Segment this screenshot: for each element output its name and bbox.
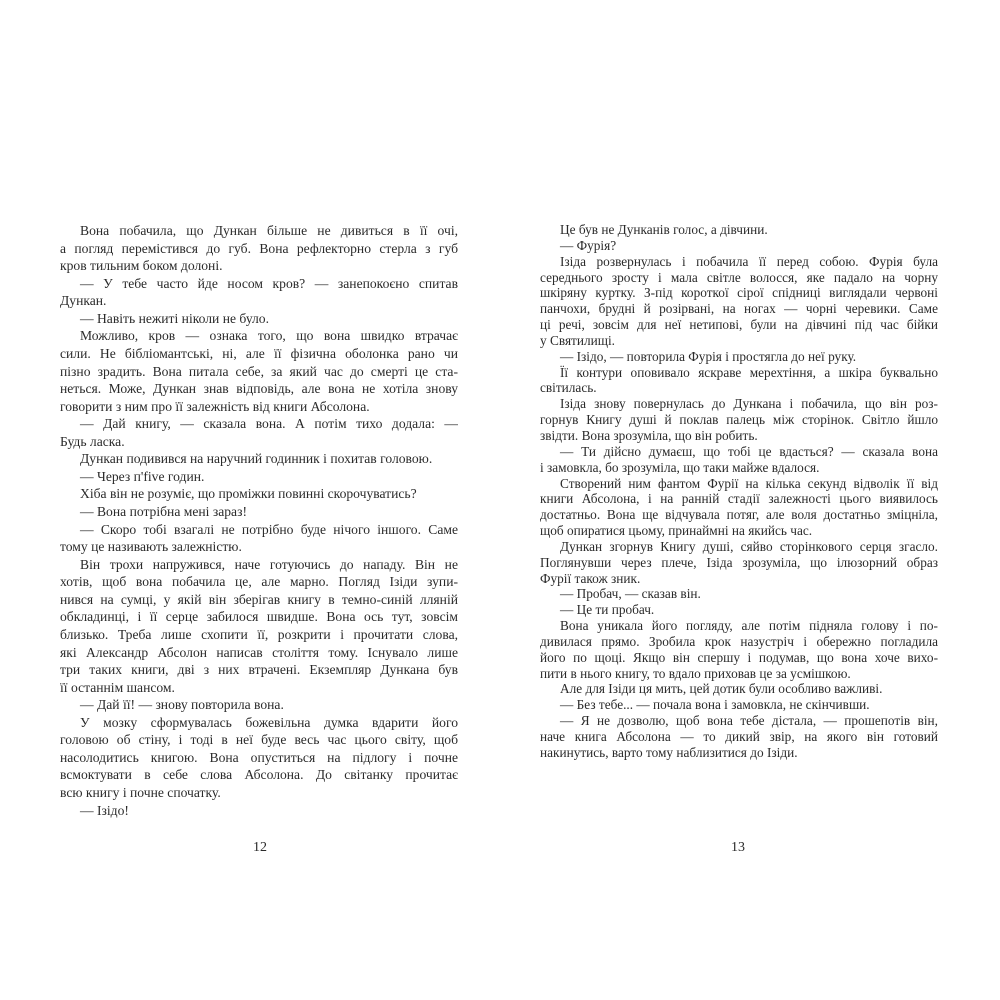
text-line: накинутись, варто тому наблизитися до Із… bbox=[540, 745, 938, 761]
right-page: Це був не Дунканів голос, а дівчини.— Фу… bbox=[500, 0, 1000, 1000]
text-line: — Навіть нежиті ніколи не було. bbox=[60, 310, 458, 328]
text-line: Вона уникала його погляду, але потім під… bbox=[540, 618, 938, 634]
text-line: близько. Треба лише схопити її, розкрити… bbox=[60, 626, 458, 644]
text-line: Ізіда знову повернулась до Дункана і поб… bbox=[540, 396, 938, 412]
text-line: Дункан подивився на наручний годинник і … bbox=[60, 450, 458, 468]
text-line: — Це ти пробач. bbox=[540, 602, 938, 618]
text-line: і замовкла, бо зрозуміла, що таки майже … bbox=[540, 460, 938, 476]
text-line: сили. Не бібліомантські, ні, але її фізи… bbox=[60, 345, 458, 363]
text-line: — Дай її! — знову повторила вона. bbox=[60, 696, 458, 714]
text-line: горнув Книгу душі й поклав палець між ст… bbox=[540, 412, 938, 428]
text-line: а погляд перемістився до губ. Вона рефле… bbox=[60, 240, 458, 258]
text-line: — Ізідо! bbox=[60, 802, 458, 820]
text-line: обкладинці, і її серце забилося швидше. … bbox=[60, 608, 458, 626]
text-line: Дункан згорнув Книгу душі, сяйво сторінк… bbox=[540, 539, 938, 555]
text-line: Поглянувши через плече, Ізіда зрозуміла,… bbox=[540, 555, 938, 571]
text-line: Це був не Дунканів голос, а дівчини. bbox=[540, 222, 938, 238]
text-line: Хіба він не розуміє, що проміжки повинні… bbox=[60, 485, 458, 503]
text-line: — Пробач, — сказав він. bbox=[540, 586, 938, 602]
text-line: Створений ним фантом Фурії на кілька сек… bbox=[540, 476, 938, 492]
text-line: Він трохи напружився, наче готуючись до … bbox=[60, 556, 458, 574]
right-page-text: Це був не Дунканів голос, а дівчини.— Фу… bbox=[540, 222, 938, 761]
text-line: всю книгу і почне спочатку. bbox=[60, 784, 458, 802]
text-line: достатньо. Вона ще відчувала потяг, але … bbox=[540, 507, 938, 523]
text-line: — Вона потрібна мені зараз! bbox=[60, 503, 458, 521]
text-line: тому це називають залежністю. bbox=[60, 538, 458, 556]
text-line: — Без тебе... — почала вона і замовкла, … bbox=[540, 697, 938, 713]
text-line: — Я не дозволю, щоб вона тебе дістала, —… bbox=[540, 713, 938, 729]
text-line: — Дай книгу, — сказала вона. А потім тих… bbox=[60, 415, 458, 433]
left-page: Вона побачила, що Дункан більше не дивит… bbox=[0, 0, 500, 1000]
text-line: Будь ласка. bbox=[60, 433, 458, 451]
text-line: неться. Може, Дункан знав відповідь, але… bbox=[60, 380, 458, 398]
text-line: — У тебе часто йде носом кров? — занепок… bbox=[60, 275, 458, 293]
text-line: Дункан. bbox=[60, 292, 458, 310]
text-line: насолодитись книгою. Вона опуститься на … bbox=[60, 749, 458, 767]
text-line: середнього зросту і мала світле волосся,… bbox=[540, 270, 938, 286]
text-line: книги Абсолона, і на ранній стадії залеж… bbox=[540, 491, 938, 507]
book-spread: Вона побачила, що Дункан більше не дивит… bbox=[0, 0, 1000, 1000]
text-line: наче книга Абсолона — то дикий звір, на … bbox=[540, 729, 938, 745]
text-line: пізно зрадить. Вона питала себе, за який… bbox=[60, 363, 458, 381]
text-line: — Фурія? bbox=[540, 238, 938, 254]
text-line: ці речі, зовсім для неї нетипові, були н… bbox=[540, 317, 938, 333]
text-line: три таких книги, дві з них втрачені. Екз… bbox=[60, 661, 458, 679]
page-number-left: 12 bbox=[240, 840, 280, 856]
text-line: хотів, щоб вона побачила це, але марно. … bbox=[60, 573, 458, 591]
text-line: нився на сумці, у якій він зберігав книг… bbox=[60, 591, 458, 609]
left-page-text: Вона побачила, що Дункан більше не дивит… bbox=[60, 222, 458, 819]
text-line: у Святилищі. bbox=[540, 333, 938, 349]
text-line: Можливо, кров — ознака того, що вона шви… bbox=[60, 327, 458, 345]
text-line: його по щоці. Якщо він спершу і подумав,… bbox=[540, 650, 938, 666]
text-line: дивилася прямо. Зробила крок назустріч і… bbox=[540, 634, 938, 650]
text-line: шкіряну куртку. З-під короткої сірої спі… bbox=[540, 285, 938, 301]
text-line: говорити з ним про її залежність від кни… bbox=[60, 398, 458, 416]
text-line: які Александр Абсолон написав століття т… bbox=[60, 644, 458, 662]
text-line: Вона побачила, що Дункан більше не дивит… bbox=[60, 222, 458, 240]
page-number-right: 13 bbox=[718, 840, 758, 856]
text-line: Ізіда розвернулась і побачила її перед с… bbox=[540, 254, 938, 270]
text-line: пити в нього книгу, то вдало приховав це… bbox=[540, 666, 938, 682]
text-line: її останнім шансом. bbox=[60, 679, 458, 697]
text-line: всмоктувати в себе слова Абсолона. До св… bbox=[60, 766, 458, 784]
text-line: — Скоро тобі взагалі не потрібно буде ні… bbox=[60, 521, 458, 539]
text-line: — Через п'five годин. bbox=[60, 468, 458, 486]
text-line: щоб опиратися цьому, принаймні на якийсь… bbox=[540, 523, 938, 539]
text-line: — Ізідо, — повторила Фурія і простягла д… bbox=[540, 349, 938, 365]
text-line: головою об стіну, і тоді в неї буде весь… bbox=[60, 731, 458, 749]
text-line: Але для Ізіди ця мить, цей дотик були ос… bbox=[540, 681, 938, 697]
text-line: Фурії також зник. bbox=[540, 571, 938, 587]
text-line: Її контури оповивало яскраве мерехтіння,… bbox=[540, 365, 938, 381]
text-line: світилась. bbox=[540, 380, 938, 396]
text-line: — Ти дійсно думаєш, що тобі це вдасться?… bbox=[540, 444, 938, 460]
text-line: У мозку сформувалась божевільна думка вд… bbox=[60, 714, 458, 732]
text-line: кров тильним боком долоні. bbox=[60, 257, 458, 275]
text-line: панчохи, брудні й розірвані, на ногах — … bbox=[540, 301, 938, 317]
text-line: звідти. Вона зрозуміла, що він робить. bbox=[540, 428, 938, 444]
